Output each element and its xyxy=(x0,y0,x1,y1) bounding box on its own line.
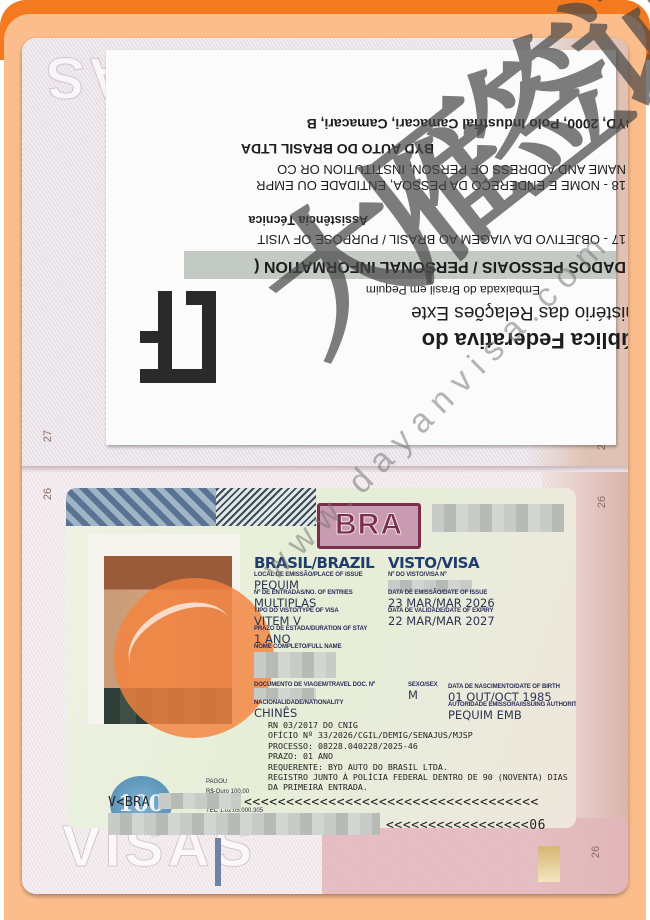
redacted-mrz-2 xyxy=(108,813,380,835)
fee-line: PAGOU xyxy=(206,778,263,788)
page-number-bottom: 26 xyxy=(590,846,602,858)
remark-line: DA PRIMEIRA ENTRADA. xyxy=(268,782,568,792)
visa-number-label: Nº DO VISTO/VISA Nº xyxy=(388,572,447,578)
redacted-visa-id xyxy=(432,504,564,532)
remark-line: RN 03/2017 DO CNIG xyxy=(268,720,568,730)
mrz-line-2-fill: <<<<<<<<<<<<<<<<<06 xyxy=(386,818,546,833)
ministry-logo-icon xyxy=(140,291,216,383)
page-number-lower-left: 26 xyxy=(42,488,54,500)
visa-remarks: RN 03/2017 DO CNIG OFÍCIO Nº 33/2026/CGI… xyxy=(268,720,568,793)
visa-heading: VISTO/VISA xyxy=(388,554,479,572)
blue-thread xyxy=(215,838,221,886)
page-number-upper-left: 27 xyxy=(42,430,54,442)
expiry-date-value: 22 MAR/MAR 2027 xyxy=(388,614,495,628)
remark-line: PRAZO: 01 ANO xyxy=(268,751,568,761)
sex-value: M xyxy=(408,688,418,702)
nationality-value: CHINÊS xyxy=(254,706,297,720)
mrz-line-1-prefix: V<BRA xyxy=(108,795,150,810)
remark-line: REGISTRO JUNTO À POLÍCIA FEDERAL DENTRO … xyxy=(268,772,568,782)
redacted-travel-doc xyxy=(254,688,316,700)
page-number-lower-right: 26 xyxy=(596,496,608,508)
gate-emblem-icon xyxy=(538,846,560,882)
redacted-mrz-1 xyxy=(159,793,241,809)
remark-line: PROCESSO: 08228.040228/2025-46 xyxy=(268,741,568,751)
redacted-full-name xyxy=(254,652,336,678)
remark-line: OFÍCIO Nº 33/2026/CGIL/DEMIG/SENAJUS/MJS… xyxy=(268,730,568,740)
full-name-label: NOME COMPLETO/FULL NAME xyxy=(254,644,341,650)
mrz-line-1-fill: <<<<<<<<<<<<<<<<<<<<<<<<<<<<<<<<<<< xyxy=(244,795,539,810)
remark-line: REQUERENTE: BYD AUTO DO BRASIL LTDA. xyxy=(268,762,568,772)
